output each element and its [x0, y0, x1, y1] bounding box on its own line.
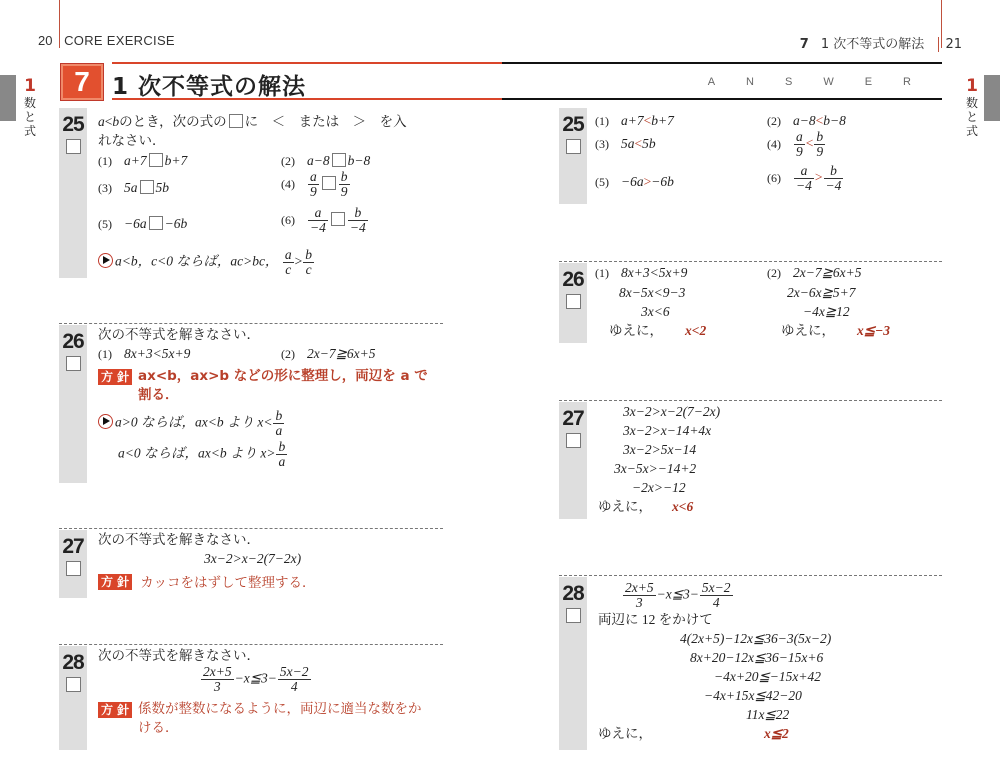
- answer-label: ANSWER: [708, 76, 942, 88]
- section-number-badge: 7: [61, 64, 103, 100]
- checkbox[interactable]: [66, 561, 81, 576]
- blank-box: [229, 114, 243, 128]
- problem-number-column: 26: [59, 325, 87, 483]
- problem-28: 28 次の不等式を解きなさい． 2x+53−x≦3−5x−24 方 針 係数が整…: [59, 646, 444, 750]
- problem-number: 25: [59, 113, 87, 137]
- problem-27: 27 次の不等式を解きなさい． 3x−2>x−2(7−2x) 方 針カッコをはず…: [59, 530, 444, 598]
- problem-26: 26 次の不等式を解きなさい． (1)8x+3<5x+9 (2)2x−7≧6x+…: [59, 325, 444, 483]
- hoshin-text-line-2: 割る．: [138, 386, 443, 405]
- multiply-note: 両辺に 12 をかけて: [598, 610, 943, 629]
- problem-number: 28: [59, 651, 87, 675]
- right-running-title: 1 次不等式の解法: [821, 37, 924, 52]
- hoshin-text-line-2: ける．: [138, 719, 443, 738]
- prompt: 次の不等式を解きなさい．: [98, 530, 443, 549]
- answer-26-col-2: (2)2x−7≧6x+5 2x−6x≧5+7 −4x≧12 ゆえに，x≦−3: [767, 263, 937, 340]
- items-row: (1)8x+3<5x+9 (2)2x−7≧6x+5: [98, 344, 443, 363]
- prompt: 次の不等式を解きなさい．: [98, 646, 443, 665]
- expression: 3x−2>x−2(7−2x): [98, 549, 443, 568]
- answer-number: 27: [559, 407, 587, 431]
- answer-body: (1)a+7<b+7 (2)a−8<b−8 (3)5a<5b (4)a9<b9 …: [595, 111, 940, 198]
- items-row-1: (1)a+7b+7 (2)a−8b−8: [98, 151, 443, 170]
- checkbox[interactable]: [566, 294, 581, 309]
- answer-row-3: (5)−6a>−6b (6)a−4>b−4: [595, 164, 940, 198]
- answer-26-col-1: (1)8x+3<5x+9 8x−5x<9−3 3x<6 ゆえに，x<2: [595, 263, 765, 340]
- answer-result: x≦2: [764, 726, 789, 741]
- blank-box: [140, 180, 154, 194]
- hoshin-block: 方 針 係数が整数になるように，両辺に適当な数をか ける．: [98, 700, 443, 738]
- left-chapter-tab[interactable]: [0, 75, 16, 121]
- answer-number-column: 25: [559, 108, 587, 204]
- expression: 2x+53−x≦3−5x−24: [98, 665, 443, 694]
- hoshin-tag: 方 針: [98, 369, 132, 385]
- answer-28: 28 2x+53−x≦3−5x−24 両辺に 12 をかけて 4(2x+5)−1…: [559, 577, 942, 750]
- checkbox[interactable]: [66, 356, 81, 371]
- section-top-rule-red: [112, 62, 502, 64]
- problem-number: 26: [59, 330, 87, 354]
- answer-27: 27 3x−2>x−2(7−2x) 3x−2>x−14+4x 3x−2>5x−1…: [559, 402, 942, 519]
- expression: 2x+53−x≦3−5x−24: [598, 581, 943, 610]
- answer-body: 3x−2>x−2(7−2x) 3x−2>x−14+4x 3x−2>5x−14 3…: [598, 402, 943, 516]
- divider: [59, 644, 443, 645]
- left-running-header: 20 CORE EXERCISE: [38, 33, 175, 48]
- hoshin-tag: 方 針: [98, 574, 132, 590]
- left-running-title: CORE EXERCISE: [64, 33, 175, 48]
- problem-body: 次の不等式を解きなさい． 2x+53−x≦3−5x−24 方 針 係数が整数にな…: [98, 646, 443, 738]
- checkbox[interactable]: [66, 677, 81, 692]
- checkbox[interactable]: [566, 608, 581, 623]
- section-top-rule-black: [502, 62, 942, 64]
- hoshin-text: カッコをはずして整理する．: [140, 575, 315, 591]
- problem-number-column: 25: [59, 108, 87, 278]
- blank-box: [149, 216, 163, 230]
- right-running-header: 7 1 次不等式の解法 21: [800, 33, 962, 52]
- right-section-number: 7: [800, 37, 809, 52]
- answer-result: x<6: [672, 499, 693, 514]
- problem-number-column: 27: [59, 530, 87, 598]
- checkbox[interactable]: [66, 139, 81, 154]
- play-icon: [98, 414, 113, 429]
- blank-box: [322, 176, 336, 190]
- left-chapter-label: 1 数 と 式: [20, 76, 40, 138]
- answer-result: x≦−3: [857, 323, 890, 338]
- blank-box: [331, 212, 345, 226]
- answer-number-column: 28: [559, 577, 587, 750]
- answer-body: 2x+53−x≦3−5x−24 両辺に 12 をかけて 4(2x+5)−12x≦…: [598, 581, 943, 743]
- divider: [559, 575, 942, 576]
- hint-line-2: a<0 ならば，ax<b より x>ba: [98, 440, 443, 469]
- section-bottom-rule-black: [502, 98, 942, 100]
- hoshin-text-line-1: ax<b，ax>b などの形に整理し，両辺を a で: [138, 367, 443, 386]
- hoshin-tag: 方 針: [98, 702, 132, 718]
- hint-line-1: a>0 ならば，ax<b より x<ba: [98, 409, 443, 438]
- answer-25: 25 (1)a+7<b+7 (2)a−8<b−8 (3)5a<5b (4)a9<…: [559, 108, 942, 204]
- blank-box: [332, 153, 346, 167]
- hoshin-block: 方 針 ax<b，ax>b などの形に整理し，両辺を a で 割る．: [98, 367, 443, 405]
- answer-number-column: 26: [559, 263, 587, 343]
- problem-25: 25 a<bのとき，次の式のに ＜ または ＞ を入 れなさい． (1)a+7b…: [59, 108, 444, 278]
- problem-body: 次の不等式を解きなさい． (1)8x+3<5x+9 (2)2x−7≧6x+5 方…: [98, 325, 443, 469]
- answer-number: 28: [559, 582, 587, 606]
- left-page-number: 20: [38, 33, 52, 48]
- checkbox[interactable]: [566, 433, 581, 448]
- hint-line: a<b，c<0 ならば，ac>bc， ac>bc: [98, 248, 443, 277]
- items-row-3: (5)−6a−6b (6)a−4b−4: [98, 206, 443, 242]
- right-chapter-tab[interactable]: [984, 75, 1000, 121]
- answer-number: 26: [559, 268, 587, 292]
- checkbox[interactable]: [566, 139, 581, 154]
- answer-26: 26 (1)8x+3<5x+9 8x−5x<9−3 3x<6 ゆえに，x<2 (…: [559, 263, 942, 343]
- hoshin-text-line-1: 係数が整数になるように，両辺に適当な数をか: [138, 700, 443, 719]
- right-chapter-label: 1 数 と 式: [962, 76, 982, 138]
- divider: [59, 323, 443, 324]
- problem-body: a<bのとき，次の式のに ＜ または ＞ を入 れなさい． (1)a+7b+7 …: [98, 112, 443, 277]
- divider: [559, 400, 942, 401]
- play-icon: [98, 253, 113, 268]
- right-page-number: 21: [938, 37, 962, 52]
- problem-number: 27: [59, 535, 87, 559]
- answer-row-1: (1)a+7<b+7 (2)a−8<b−8: [595, 111, 940, 130]
- blank-box: [149, 153, 163, 167]
- problem-body: 次の不等式を解きなさい． 3x−2>x−2(7−2x) 方 針カッコをはずして整…: [98, 530, 443, 593]
- prompt: 次の不等式を解きなさい．: [98, 325, 443, 344]
- divider: [59, 528, 443, 529]
- hoshin-line: 方 針カッコをはずして整理する．: [98, 573, 443, 593]
- prompt-line-2: れなさい．: [98, 131, 443, 150]
- section-title: 1 次不等式の解法: [112, 68, 306, 101]
- problem-number-column: 28: [59, 646, 87, 750]
- prompt-line-1: a<bのとき，次の式のに ＜ または ＞ を入: [98, 112, 443, 131]
- answer-number: 25: [559, 113, 587, 137]
- answer-row-2: (3)5a<5b (4)a9<b9: [595, 130, 940, 164]
- divider: [559, 261, 942, 262]
- items-row-2: (3)5a5b (4)a9b9: [98, 170, 443, 206]
- answer-result: x<2: [685, 323, 706, 338]
- answer-number-column: 27: [559, 402, 587, 519]
